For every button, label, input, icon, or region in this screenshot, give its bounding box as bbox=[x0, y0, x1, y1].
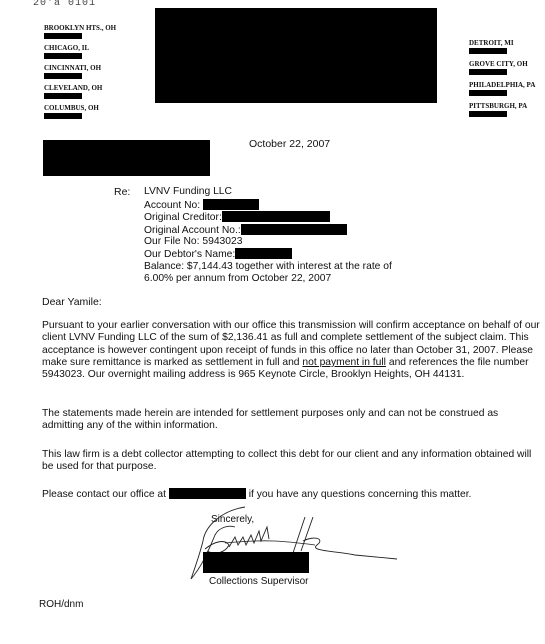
re-balance-line-1: Balance: $7,144.43 together with interes… bbox=[144, 261, 392, 272]
original-account-label: Original Account No.: bbox=[144, 225, 241, 236]
office-name: PITTSBURGH, PA bbox=[469, 102, 527, 110]
office-location: DETROIT, MI bbox=[469, 39, 535, 54]
underlined-text: not payment in full bbox=[302, 357, 386, 368]
office-location: PHILADELPHIA, PA bbox=[469, 81, 535, 96]
office-location: CHICAGO, IL bbox=[44, 44, 116, 59]
account-no-label: Account No: bbox=[144, 200, 200, 211]
paragraph-debt-collector-notice: This law firm is a debt collector attemp… bbox=[42, 449, 532, 474]
redacted-debtor-name bbox=[235, 248, 292, 259]
redacted-letterhead bbox=[155, 8, 437, 103]
redacted-phone-number bbox=[169, 488, 246, 499]
office-name: CINCINNATI, OH bbox=[44, 64, 101, 72]
right-office-list: DETROIT, MI GROVE CITY, OH PHILADELPHIA,… bbox=[469, 39, 535, 117]
re-balance-line-2: 6.00% per annum from October 22, 2007 bbox=[144, 273, 331, 284]
redacted-signer-name bbox=[203, 552, 309, 573]
re-file-no: Our File No: 5943023 bbox=[144, 236, 242, 247]
re-account-no: Account No: bbox=[144, 199, 259, 211]
signer-title: Collections Supervisor bbox=[209, 576, 309, 587]
redacted-phone bbox=[469, 48, 507, 54]
re-debtor-name: Our Debtor's Name: bbox=[144, 248, 292, 260]
redacted-phone bbox=[44, 33, 82, 39]
office-name: CLEVELAND, OH bbox=[44, 84, 102, 92]
fax-header-marks: 20'a 0101 bbox=[33, 0, 96, 9]
redacted-phone bbox=[469, 90, 507, 96]
redacted-phone bbox=[44, 93, 82, 99]
signature bbox=[185, 505, 400, 585]
redacted-phone bbox=[44, 113, 82, 119]
salutation: Dear Yamile: bbox=[42, 296, 102, 308]
redacted-recipient-address bbox=[43, 140, 210, 176]
re-label: Re: bbox=[114, 186, 130, 198]
office-name: PHILADELPHIA, PA bbox=[469, 81, 535, 89]
redacted-phone bbox=[469, 69, 507, 75]
redacted-account-no bbox=[203, 199, 259, 210]
re-original-account: Original Account No.: bbox=[144, 224, 347, 236]
left-office-list: BROOKLYN HTS., OH CHICAGO, IL CINCINNATI… bbox=[44, 24, 116, 119]
office-name: CHICAGO, IL bbox=[44, 44, 89, 52]
office-name: COLUMBUS, OH bbox=[44, 104, 99, 112]
re-client: LVNV Funding LLC bbox=[144, 186, 232, 197]
office-name: BROOKLYN HTS., OH bbox=[44, 24, 116, 32]
redacted-phone bbox=[44, 73, 82, 79]
paragraph-contact: Please contact our office at if you have… bbox=[42, 488, 471, 501]
office-name: DETROIT, MI bbox=[469, 39, 514, 47]
office-location: CLEVELAND, OH bbox=[44, 84, 116, 99]
paragraph-settlement-terms: Pursuant to your earlier conversation wi… bbox=[42, 320, 542, 381]
redacted-original-account bbox=[241, 224, 347, 235]
office-location: PITTSBURGH, PA bbox=[469, 102, 535, 117]
reference-initials: ROH/dnm bbox=[39, 599, 83, 610]
redacted-phone bbox=[469, 111, 507, 117]
office-name: GROVE CITY, OH bbox=[469, 60, 528, 68]
redacted-phone bbox=[44, 53, 82, 59]
original-creditor-label: Original Creditor: bbox=[144, 212, 222, 223]
office-location: CINCINNATI, OH bbox=[44, 64, 116, 79]
debtor-name-label: Our Debtor's Name: bbox=[144, 249, 235, 260]
office-location: BROOKLYN HTS., OH bbox=[44, 24, 116, 39]
office-location: GROVE CITY, OH bbox=[469, 60, 535, 75]
letter-date: October 22, 2007 bbox=[249, 138, 330, 150]
paragraph-disclaimer: The statements made herein are intended … bbox=[42, 408, 542, 433]
paragraph-text: Please contact our office at bbox=[42, 489, 166, 500]
office-location: COLUMBUS, OH bbox=[44, 104, 116, 119]
paragraph-text: if you have any questions concerning thi… bbox=[246, 489, 472, 500]
redacted-original-creditor bbox=[222, 211, 330, 222]
re-original-creditor: Original Creditor: bbox=[144, 211, 330, 223]
